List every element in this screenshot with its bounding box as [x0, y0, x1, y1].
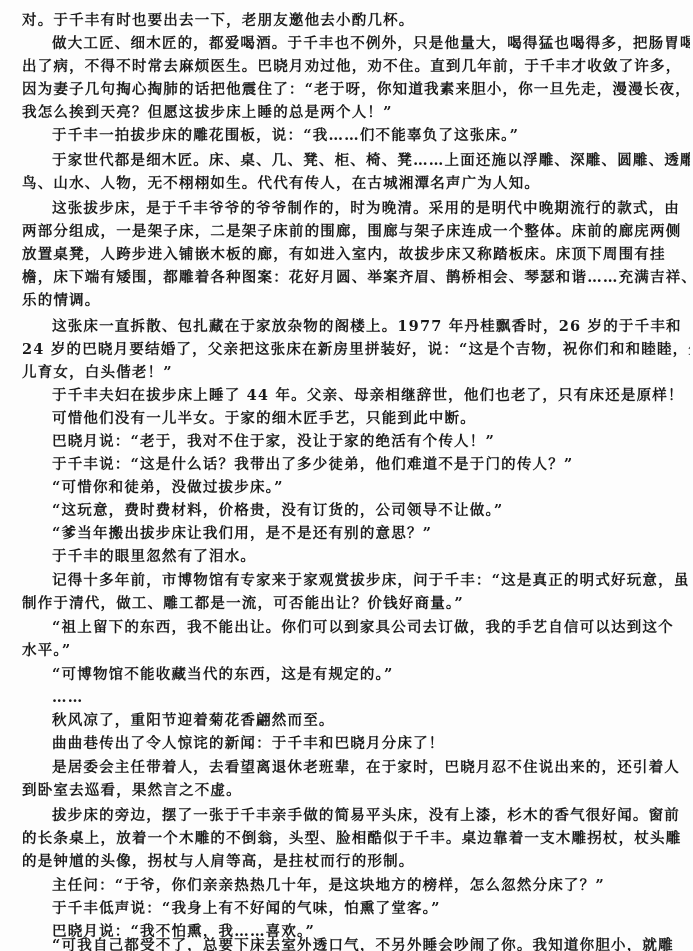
text-line: 于千丰的眼里忽然有了泪水。 — [52, 546, 690, 568]
text-line: “这玩意，费时费材料，价格贵，没有订货的，公司领导不让做。” — [52, 500, 690, 522]
text-line: 秋风凉了，重阳节迎着菊花香翩然而至。 — [52, 710, 690, 732]
text-line: 鸟、山水、人物，无不栩栩如生。代代有传人，在古城湘潭名声广为人知。 — [22, 173, 690, 195]
text-line: 制作于清代，做工、雕工都是一流，可否能出让？价钱好商量。” — [22, 593, 690, 615]
text-line: 记得十多年前，市博物馆有专家来于家观赏拔步床，问于千丰：“这是真正的明式好玩意，… — [52, 570, 690, 592]
text-line: 可惜他们没有一儿半女。于家的细木匠手艺，只能到此中断。 — [52, 408, 690, 430]
text-line: 我怎么挨到天亮？但愿这拔步床上睡的总是两个人！” — [22, 102, 690, 124]
text-line: 于千丰低声说：“我身上有不好闻的气味，怕熏了堂客。” — [52, 898, 690, 920]
document-page: 对。于千丰有时也要出去一下，老朋友邀他去小酌几杯。 做大工匠、细木匠的，都爱喝酒… — [0, 0, 693, 951]
text-line: 对。于千丰有时也要出去一下，老朋友邀他去小酌几杯。 — [22, 10, 690, 32]
text-line: “可博物馆不能收藏当代的东西，这是有规定的。” — [52, 664, 690, 686]
text-line: 24 岁的巴晓月要结婚了，父亲把这张床在新房里拼装好，说：“这是个吉物，祝你们和… — [22, 339, 690, 361]
text-line: 两部分组成，一是架子床，二是架子床前的围廊，围廊与架子床连成一个整体。床前的廊庑… — [22, 221, 690, 243]
text-line: “爹当年搬出拔步床让我们用，是不是还有别的意思？” — [52, 523, 690, 545]
text-line: 曲曲巷传出了令人惊诧的新闻：于千丰和巴晓月分床了！ — [52, 733, 690, 755]
ellipsis-line: …… — [52, 687, 690, 709]
text-line: 做大工匠、细木匠的，都爱喝酒。于千丰也不例外，只是他量大，喝得猛也喝得多，把肠胃… — [52, 33, 690, 55]
text-line: 水平。” — [22, 640, 690, 662]
text-line: 乐的情调。 — [22, 290, 690, 312]
text-line: “可惜你和徒弟，没做过拔步床。” — [52, 477, 690, 499]
text-line: 的长条桌上，放着一个木雕的不倒翁，头型、脸相酷似于千丰。桌边靠着一支木雕拐杖，杖… — [22, 828, 690, 850]
text-line: 巴晓月说：“老于，我对不住于家，没让于家的绝活有个传人！” — [52, 431, 690, 453]
text-line: “祖上留下的东西，我不能出让。你们可以到家具公司去订做，我的手艺自信可以达到这个 — [52, 617, 690, 639]
text-line: 这张床一直拆散、包扎藏在于家放杂物的阁楼上。1977 年丹桂飘香时，26 岁的于… — [52, 316, 690, 338]
text-line: 于千丰说：“这是什么话？我带出了多少徒弟，他们难道不是于门的传人？” — [52, 454, 690, 476]
text-line: 檐，床下端有矮围，都雕着各种图案：花好月圆、举案齐眉、鹊桥相会、琴瑟和谐……充满… — [22, 267, 690, 289]
text-line: 拔步床的旁边，摆了一张于千丰亲手做的简易平头床，没有上漆，杉木的香气很好闻。窗前 — [52, 805, 690, 827]
text-line: 儿育女，白头偕老！” — [22, 362, 690, 384]
text-line: 的是钟馗的头像，拐杖与人肩等高，是拄杖而行的形制。 — [22, 851, 690, 873]
text-line: 于千丰一拍拔步床的雕花围板，说：“我……们不能辜负了这张床。” — [52, 125, 690, 147]
text-line: 于家世代都是细木匠。床、桌、几、凳、柜、椅、凳……上面还施以浮雕、深雕、圆雕、透… — [52, 150, 690, 172]
text-line: 放置桌凳，人跨步进入铺嵌木板的廊，有如进入室内，故拔步床又称踏板床。床顶下周围有… — [22, 244, 690, 266]
text-line: 于千丰夫妇在拔步床上睡了 44 年。父亲、母亲相继辞世，他们也老了，只有床还是原… — [52, 385, 690, 407]
text-line: 因为妻子几句掏心掏肺的话把他震住了：“老于呀，你知道我素来胆小，你一旦先走，漫漫… — [22, 79, 690, 101]
text-line: 是居委会主任带着人，去看望离退休老班辈，在于家时，巴晓月忍不住说出来的，还引着人 — [52, 757, 690, 779]
text-line: 这张拔步床，是于千丰爷爷的爷爷制作的，时为晚清。采用的是明代中晚期流行的款式，由 — [52, 198, 690, 220]
text-line: 主任问：“于爷，你们亲亲热热几十年，是这块地方的榜样，怎么忽然分床了？” — [52, 875, 690, 897]
text-line: 到卧室去巡看，果然言之不虚。 — [22, 780, 690, 802]
text-line: 出了病，不得不时常去麻烦医生。巴晓月劝过他，劝不住。直到几年前，于千丰才收敛了许… — [22, 56, 690, 78]
text-line: “可我自己都受不了，总要下床去室外透口气，不另外睡会吵闹了你。我知道你胆小，就雕 — [52, 935, 690, 951]
